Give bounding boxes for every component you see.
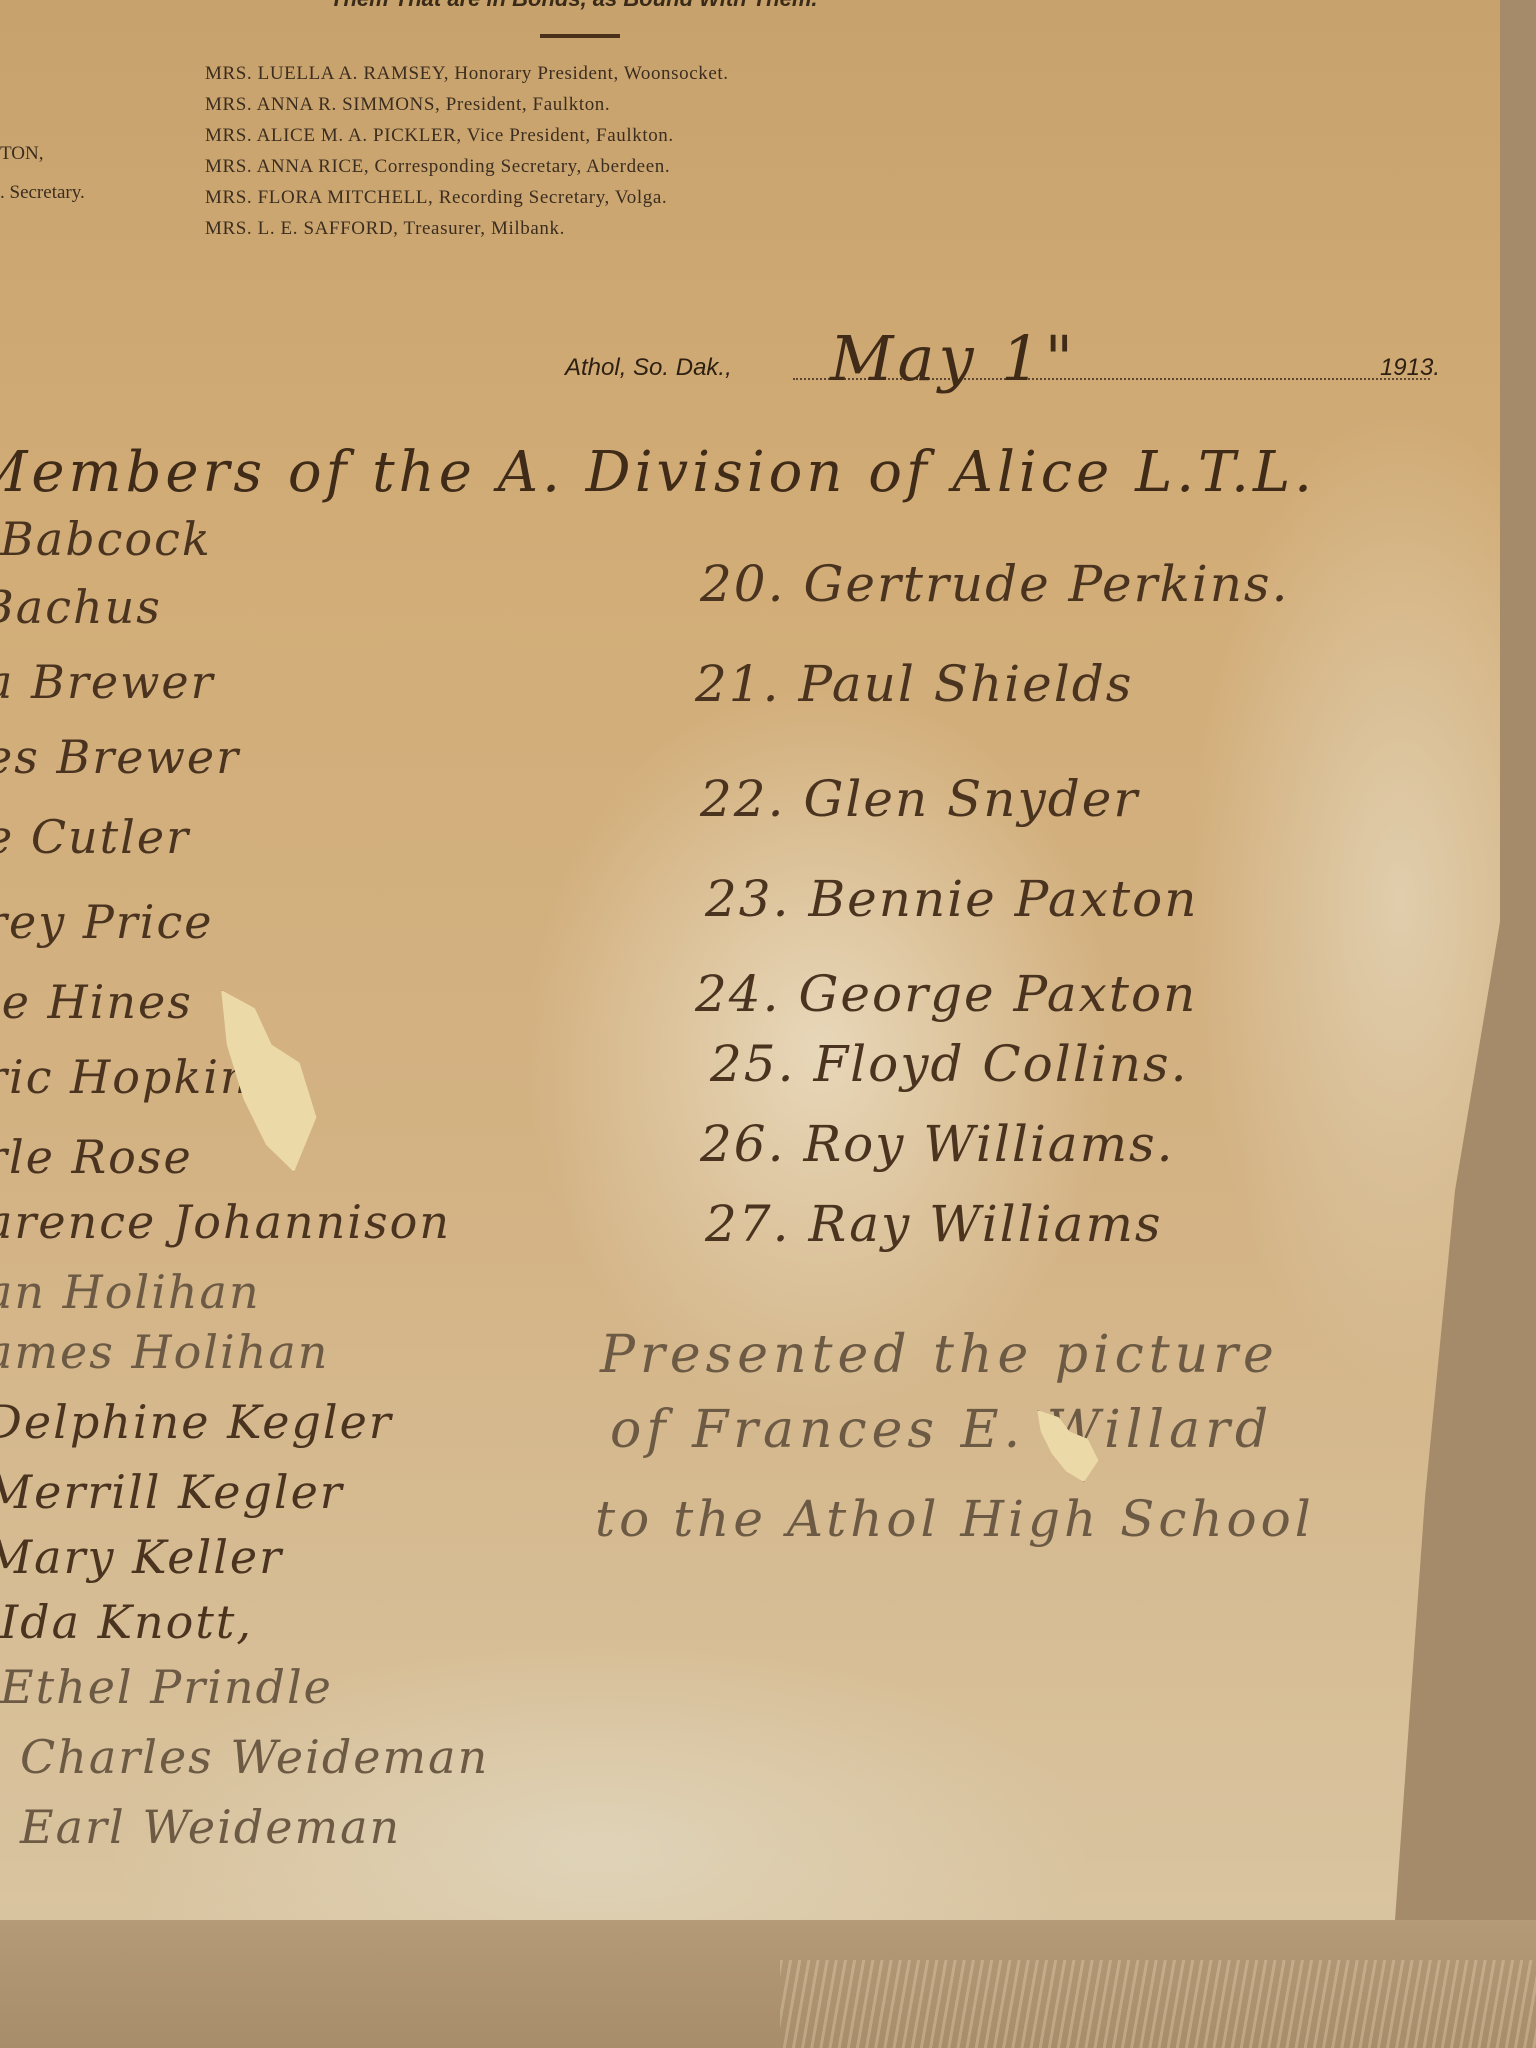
member-name: George Paxton	[798, 965, 1197, 1023]
officer-treasurer: MRS. L. E. SAFFORD, Treasurer, Milbank.	[205, 213, 729, 244]
dateline-place: Athol, So. Dak.,	[565, 354, 732, 382]
member-name: Gertrude Perkins.	[803, 555, 1289, 613]
officer-vice-president: MRS. ALICE M. A. PICKLER, Vice President…	[205, 120, 729, 151]
presentation-line-2: of Frances E. Willard	[610, 1400, 1273, 1460]
backing-board	[0, 1920, 1536, 2048]
member-number: 26.	[700, 1115, 786, 1173]
officer-corresponding-secretary: MRS. ANNA RICE, Corresponding Secretary,…	[205, 151, 729, 182]
member-name: Floyd Collins.	[813, 1035, 1188, 1093]
letter-title: Members of the A. Division of Alice L.T.…	[0, 440, 1316, 505]
left-fragment-1: TON,	[0, 143, 43, 165]
member-entry: 22. Glen Snyder	[700, 770, 1139, 828]
member-entry: 20. Gertrude Perkins.	[700, 555, 1290, 613]
member-name: es Brewer	[0, 730, 240, 784]
member-name: Bachus	[0, 580, 162, 634]
dateline-year: 1913.	[1380, 354, 1440, 382]
presentation-line-1: Presented the picture	[600, 1325, 1279, 1385]
member-name: Glen Snyder	[803, 770, 1139, 828]
member-number: 25.	[710, 1035, 796, 1093]
left-fragment-2: . Secretary.	[0, 182, 85, 204]
member-name: Delphine Kegler	[0, 1395, 393, 1449]
member-number: 21.	[695, 655, 781, 713]
member-entry: 23. Bennie Paxton	[705, 870, 1198, 928]
officers-list: MRS. LUELLA A. RAMSEY, Honorary Presiden…	[205, 58, 729, 244]
member-name: ie Hines	[0, 975, 193, 1029]
member-name: Ethel Prindle	[0, 1660, 333, 1714]
letterhead-heading: Them That are in Bonds, as Bound With Th…	[330, 0, 1130, 12]
member-name: Charles Weideman	[20, 1730, 489, 1784]
member-number: 24.	[695, 965, 781, 1023]
member-name: rey Price	[0, 895, 213, 949]
member-name: arence Johannison	[0, 1195, 451, 1249]
member-number: 23.	[705, 870, 791, 928]
member-name: Roy Williams.	[803, 1115, 1174, 1173]
member-entry: 26. Roy Williams.	[700, 1115, 1175, 1173]
member-name: Earl Weideman	[20, 1800, 401, 1854]
member-name: Ida Knott,	[0, 1595, 253, 1649]
member-name: a Brewer	[0, 655, 215, 709]
member-name: Babcock	[0, 512, 212, 566]
member-number: 22.	[700, 770, 786, 828]
member-name: Mary Keller	[0, 1530, 283, 1584]
member-entry: 21. Paul Shields	[695, 655, 1133, 713]
officer-honorary-president: MRS. LUELLA A. RAMSEY, Honorary Presiden…	[205, 58, 729, 89]
member-name: Merrill Kegler	[0, 1465, 344, 1519]
member-entry: 25. Floyd Collins.	[710, 1035, 1188, 1093]
presentation-line-3: to the Athol High School	[595, 1490, 1315, 1548]
member-name: e Cutler	[0, 810, 190, 864]
member-entry: 24. George Paxton	[695, 965, 1197, 1023]
heading-rule	[540, 34, 620, 38]
officer-recording-secretary: MRS. FLORA MITCHELL, Recording Secretary…	[205, 182, 729, 213]
member-number: 20.	[700, 555, 786, 613]
member-number: 27.	[705, 1195, 791, 1253]
member-name: Paul Shields	[798, 655, 1133, 713]
member-name: Bennie Paxton	[808, 870, 1198, 928]
dateline: Athol, So. Dak., May 1" 1913.	[565, 350, 1450, 390]
letter-page: Them That are in Bonds, as Bound With Th…	[0, 0, 1500, 1920]
member-name: ames Holihan	[0, 1325, 329, 1379]
member-name: Ray Williams	[808, 1195, 1162, 1253]
member-name: an Holihan	[0, 1265, 261, 1319]
officer-president: MRS. ANNA R. SIMMONS, President, Faulkto…	[205, 89, 729, 120]
member-entry: 27. Ray Williams	[705, 1195, 1163, 1253]
dateline-date: May 1"	[830, 322, 1077, 395]
member-name: rle Rose	[0, 1130, 193, 1184]
